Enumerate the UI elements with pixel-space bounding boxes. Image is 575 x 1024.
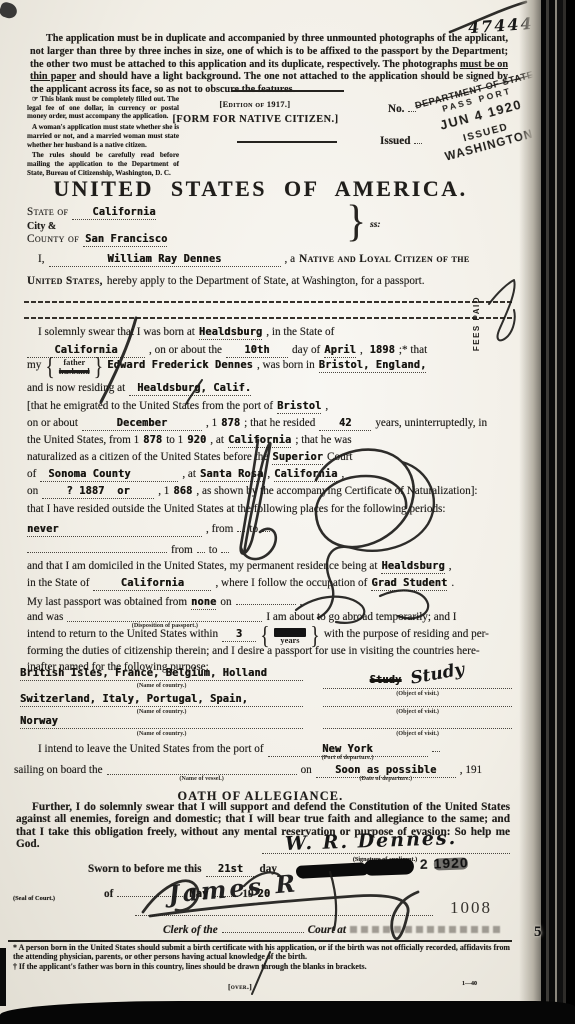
form-label: , at (210, 434, 224, 447)
top-instructions: The application must be in duplicate and… (30, 33, 508, 97)
form-label: I solemnly swear that I was born at (38, 326, 195, 339)
footnote-rule (8, 940, 512, 942)
court-at-label: Court at (308, 924, 346, 937)
birthplace-value: Healdsburg (199, 326, 262, 339)
form-label: , as shown by the accompanying Certifica… (196, 485, 477, 498)
venue-state-line: State of California (27, 206, 347, 220)
venue-city-line: City & (27, 220, 347, 233)
object-of-visit-field: (Object of visit.) (323, 716, 512, 737)
court-name-field: Superior (272, 451, 323, 465)
corner-ink-smudge (0, 1, 19, 21)
form-label: , from (206, 523, 233, 536)
top-instructions-text: The application must be in duplicate and… (30, 33, 508, 70)
form-label: of (27, 468, 36, 481)
father-residence-value: Healdsburg, Calif. (137, 382, 251, 395)
object-line: Study Study (323, 668, 512, 689)
birth-state-value: California (54, 344, 117, 357)
birth-month-field: April (324, 344, 356, 358)
birth-day-field: 10th (226, 344, 288, 358)
father-line: my { father husband } Edward Frederick D… (27, 359, 512, 376)
form-label: , (449, 560, 452, 573)
divider-line (237, 141, 337, 143)
father-birthplace-field: Bristol, England, (319, 359, 427, 373)
country-line: British Isles, France, Belgium, Holland (20, 668, 303, 681)
venue-county-line: County of San Francisco (27, 233, 347, 247)
form-label: forming the duties of citizenship therei… (27, 645, 480, 658)
form-label: , (341, 468, 344, 481)
form-label: of (104, 888, 113, 901)
bracket-close: } (94, 359, 104, 375)
return-duration-field: 3 (222, 628, 256, 642)
departure-port-field: New York (Port of departure.) (268, 743, 428, 757)
form-label: , (300, 596, 303, 609)
form-label: , 1 (206, 417, 217, 430)
stamp-ink-blob (364, 858, 415, 876)
from-year-value: 878 (143, 434, 162, 447)
period-from-blank (237, 521, 245, 532)
form-type-label: [FORM FOR NATIVE CITIZEN.] (148, 114, 363, 125)
court-city-field: Santa Rosa (200, 468, 263, 482)
seal-of-court-label: (Seal of Court.) (13, 895, 55, 902)
residence-state-field: California (228, 434, 291, 448)
birth-year-value: 1898 (370, 344, 395, 357)
domicile-state-value: California (121, 577, 184, 590)
father-name-value: Edward Frederick Dennes (107, 359, 253, 372)
edition-label: [Edition of 1917.] (175, 100, 335, 109)
footnote-1: * A person born in the United States sho… (13, 944, 510, 962)
clerk-line: Clerk of the Court at (163, 922, 493, 937)
county-court-value: Sonoma County (48, 468, 130, 481)
clerk-of-the-label: Clerk of the (163, 924, 218, 937)
years-option: years (274, 637, 307, 646)
intro-rest: hereby apply to the Department of State,… (107, 275, 425, 288)
outside-place-blank (27, 542, 167, 553)
father-residence-line: and is now residing at Healdsburg, Calif… (27, 382, 512, 396)
father-birthplace-value: Bristol, England, (319, 359, 427, 372)
court-city-value: Santa Rosa (200, 468, 263, 481)
form-label: My last passport was obtained from (27, 596, 187, 609)
country-caption: (Name of country.) (20, 682, 303, 689)
divider-line (232, 90, 344, 92)
state-label: State of (27, 206, 68, 219)
occupation-value: Grad Student (371, 577, 447, 590)
countries-row-3: Norway (Name of country.) (Object of vis… (20, 716, 512, 737)
faint-stamp-mark (350, 926, 500, 933)
domicile-state-field: California (93, 577, 211, 591)
period-to-blank (221, 542, 229, 553)
form-label: that I have resided outside the United S… (27, 503, 446, 516)
section-divider (24, 301, 512, 303)
section-divider (24, 317, 512, 319)
venue-brace: } (346, 197, 366, 247)
occupation-line: in the State of California , where I fol… (27, 577, 512, 591)
object-line (323, 694, 512, 707)
margin-note-2: A woman's application must state whether… (27, 123, 179, 149)
vessel-blank: (Name of vessel.) (107, 764, 297, 775)
form-label: intend to return to the United States wi… (27, 628, 218, 641)
country-field: Switzerland, Italy, Portugal, Spain, (Na… (20, 694, 303, 715)
bracket-close: } (310, 628, 320, 644)
outside-place-value: never (27, 523, 59, 536)
intro-i: I, (38, 253, 45, 266)
book-binding-edge (541, 0, 575, 1024)
form-label: ; that he resided (244, 417, 315, 430)
form-label: the United States, from 1 (27, 434, 139, 447)
naturalization-year-value: 868 (173, 485, 192, 498)
edge-page-digit: 5 (534, 924, 542, 941)
clerk-court-blank (222, 922, 304, 933)
form-label: , in the State of (266, 326, 334, 339)
county-field: San Francisco (83, 233, 167, 247)
husband-option-struck: husband (59, 368, 90, 377)
emigration-port-field: Bristol (277, 400, 321, 414)
form-label: , (267, 468, 270, 481)
occupation-field: Grad Student (371, 577, 447, 591)
scanned-passport-application: The application must be in duplicate and… (0, 0, 575, 1024)
form-label: naturalized as a citizen of the United S… (27, 451, 268, 464)
period-to-blank (262, 521, 270, 532)
date-received-stamp: 2 1920 (296, 853, 487, 886)
country-names-value: British Isles, France, Belgium, Holland (20, 668, 267, 679)
margin-instructions: ☞ This blank must be completely filled o… (27, 95, 179, 177)
form-label: I intend to leave the United States from… (38, 743, 264, 756)
emigration-month-field: December (82, 417, 202, 431)
outside-periods-line2: from to (27, 542, 512, 557)
county-court-field: Sonoma County (40, 468, 178, 482)
court-state-field: California (274, 468, 337, 482)
emigration-month-value: December (117, 417, 168, 430)
form-label: my (27, 359, 41, 372)
object-of-visit-field: (Object of visit.) (323, 694, 512, 715)
margin-note-3: The rules should be carefully read befor… (27, 151, 179, 177)
form-label: ;* that (399, 344, 427, 357)
country-caption: (Name of country.) (20, 708, 303, 715)
departure-port-line: I intend to leave the United States from… (38, 741, 512, 757)
permanent-residence-value: Healdsburg (381, 560, 444, 573)
last-passport-line: My last passport was obtained from none … (27, 594, 512, 610)
last-passport-value: none (191, 596, 216, 609)
resided-years-field: 42 (319, 417, 371, 431)
emigrated-line: [that he emigrated to the United States … (27, 400, 512, 414)
form-label: with the purpose of residing and per- (324, 628, 489, 641)
form-label: to (249, 523, 258, 536)
form-label: Sworn to before me this (88, 863, 202, 876)
form-label: I am about to go abroad temporarily; and… (266, 611, 456, 624)
bracket-open: { (45, 359, 55, 375)
form-label: and was (27, 611, 63, 624)
citizenship-duties-line: forming the duties of citizenship therei… (27, 645, 512, 658)
applicant-intro-line1: I, William Ray Dennes , a Native and Loy… (38, 253, 511, 267)
form-label: and that I am domiciled in the United St… (27, 560, 377, 573)
to-year-value: 920 (187, 434, 206, 447)
scan-left-edge-mark (0, 948, 6, 1006)
countries-row-1: British Isles, France, Belgium, Holland … (20, 668, 512, 697)
object-caption: (Object of visit.) (323, 708, 512, 715)
form-label: . (451, 577, 454, 590)
country-field: British Isles, France, Belgium, Holland … (20, 668, 303, 697)
country-field: Norway (Name of country.) (20, 716, 303, 737)
stamp-ink-blob (296, 862, 369, 879)
residence-span-line: the United States, from 1 878 to 1 920 ,… (27, 434, 512, 448)
object-of-visit-field: Study Study (Object of visit.) (323, 668, 512, 697)
applicant-name: William Ray Dennes (108, 253, 222, 266)
resided-years-value: 42 (339, 417, 352, 430)
naturalization-date-line: on ? 1887 or , 1 868 , as shown by the a… (27, 485, 512, 499)
form-label: Court (327, 451, 352, 464)
form-label: on (220, 596, 231, 609)
vessel-caption: (Name of vessel.) (179, 775, 224, 782)
country-caption: (Name of country.) (20, 730, 303, 737)
form-label: day of (292, 344, 320, 357)
clerk-signature-line (135, 914, 433, 916)
intro-us: United States, (27, 275, 103, 288)
disposition-blank: (Disposition of passport.) (67, 611, 262, 622)
months-years-stack: months years (274, 628, 307, 645)
country-names-value: Switzerland, Italy, Portugal, Spain, (20, 694, 248, 705)
form-label: to (209, 544, 218, 557)
fees-paid-stamp: FEES PAID (472, 296, 481, 351)
country-line: Norway (20, 716, 303, 729)
form-label: , where I follow the occupation of (215, 577, 367, 590)
emigration-year-value: 878 (221, 417, 240, 430)
form-label: on (27, 485, 38, 498)
country-names-value: Norway (20, 716, 58, 727)
court-location-line: of Sonoma County , at Santa Rosa , Calif… (27, 468, 512, 482)
outside-periods-line1: never , from to (27, 521, 512, 537)
outside-place-field: never (27, 523, 202, 537)
period-from-blank (197, 542, 205, 553)
intro-a: , a (285, 253, 296, 266)
resided-outside-line: that I have resided outside the United S… (27, 503, 512, 516)
departure-port-caption: (Port of departure.) (322, 754, 374, 761)
countries-row-2: Switzerland, Italy, Portugal, Spain, (Na… (20, 694, 512, 715)
birth-month-value: April (324, 344, 356, 357)
county-value: San Francisco (85, 233, 167, 246)
print-code: 1—40 (462, 981, 477, 987)
applicant-intro-line2: United States, hereby apply to the Depar… (27, 275, 512, 288)
state-value: California (92, 206, 155, 219)
intro-citizen: Native and Loyal Citizen of the (299, 253, 469, 266)
scan-bottom-edge (0, 1001, 575, 1024)
birthplace-field: Healdsburg (199, 326, 262, 340)
form-label: [that he emigrated to the United States … (27, 400, 273, 413)
over-label: [over.] (228, 982, 252, 991)
form-label: , (360, 344, 366, 357)
form-label: on (301, 764, 312, 777)
form-label: to 1 (166, 434, 183, 447)
state-field: California (72, 206, 155, 220)
footnotes: * A person born in the United States sho… (13, 944, 510, 971)
naturalization-date-field: ? 1887 or (42, 485, 154, 499)
bracket-open: { (260, 628, 270, 644)
form-label: in the State of (27, 577, 89, 590)
page-title: UNITED STATES OF AMERICA. (8, 176, 513, 202)
last-passport-field: none (191, 596, 216, 610)
form-label: and is now residing at (27, 382, 125, 395)
court-name-value: Superior (272, 451, 323, 464)
form-label: , was born in (257, 359, 315, 372)
city-label: City & (27, 220, 56, 233)
emigration-date-line: on or about December , 1 878 ; that he r… (27, 417, 512, 431)
country-line: Switzerland, Italy, Portugal, Spain, (20, 694, 303, 707)
object-caption: (Object of visit.) (323, 730, 512, 737)
birth-day-value: 10th (244, 344, 269, 357)
applicant-signature: W. R. Dennes. (285, 827, 458, 855)
vessel-line: sailing on board the (Name of vessel.) o… (14, 764, 512, 778)
form-label: , on or about the (149, 344, 222, 357)
permanent-residence-field: Healdsburg (381, 560, 444, 574)
form-label: years, uninterruptedly, in (375, 417, 487, 430)
footnote-2: † If the applicant's father was born in … (13, 963, 510, 972)
naturalized-line: naturalized as a citizen of the United S… (27, 451, 512, 465)
born-at-line: I solemnly swear that I was born at Heal… (38, 326, 512, 340)
form-label: sailing on board the (14, 764, 103, 777)
form-label: , at (182, 468, 196, 481)
form-label: from (171, 544, 193, 557)
departure-port-trailing-blank (432, 741, 440, 752)
applicant-name-field: William Ray Dennes (49, 253, 281, 267)
form-label: , 191 (460, 764, 482, 777)
form-label: on or about (27, 417, 78, 430)
object-struck-value: Study (370, 675, 402, 686)
naturalization-date-value: ? 1887 or (67, 485, 130, 498)
county-label: County of (27, 233, 79, 246)
form-label: , 1 (158, 485, 169, 498)
document-number: 1008 (450, 898, 492, 918)
return-duration-value: 3 (236, 628, 242, 641)
ss-label: ss: (370, 220, 381, 230)
court-state-value: California (274, 468, 337, 481)
last-passport-date-blank (236, 594, 296, 605)
form-label: ; that he was (295, 434, 351, 447)
stamp-ink-blob (434, 857, 468, 870)
departure-date-caption: (Date of departure.) (359, 775, 412, 782)
domicile-line: and that I am domiciled in the United St… (27, 560, 512, 574)
departure-date-field: Soon as possible (Date of departure.) (316, 764, 456, 778)
return-within-line: intend to return to the United States wi… (27, 628, 512, 645)
residence-state-value: California (228, 434, 291, 447)
father-husband-stack: father husband (59, 359, 90, 376)
object-line (323, 716, 512, 729)
form-label: , (325, 400, 328, 413)
emigration-port-value: Bristol (277, 400, 321, 413)
father-residence-field: Healdsburg, Calif. (129, 382, 251, 396)
